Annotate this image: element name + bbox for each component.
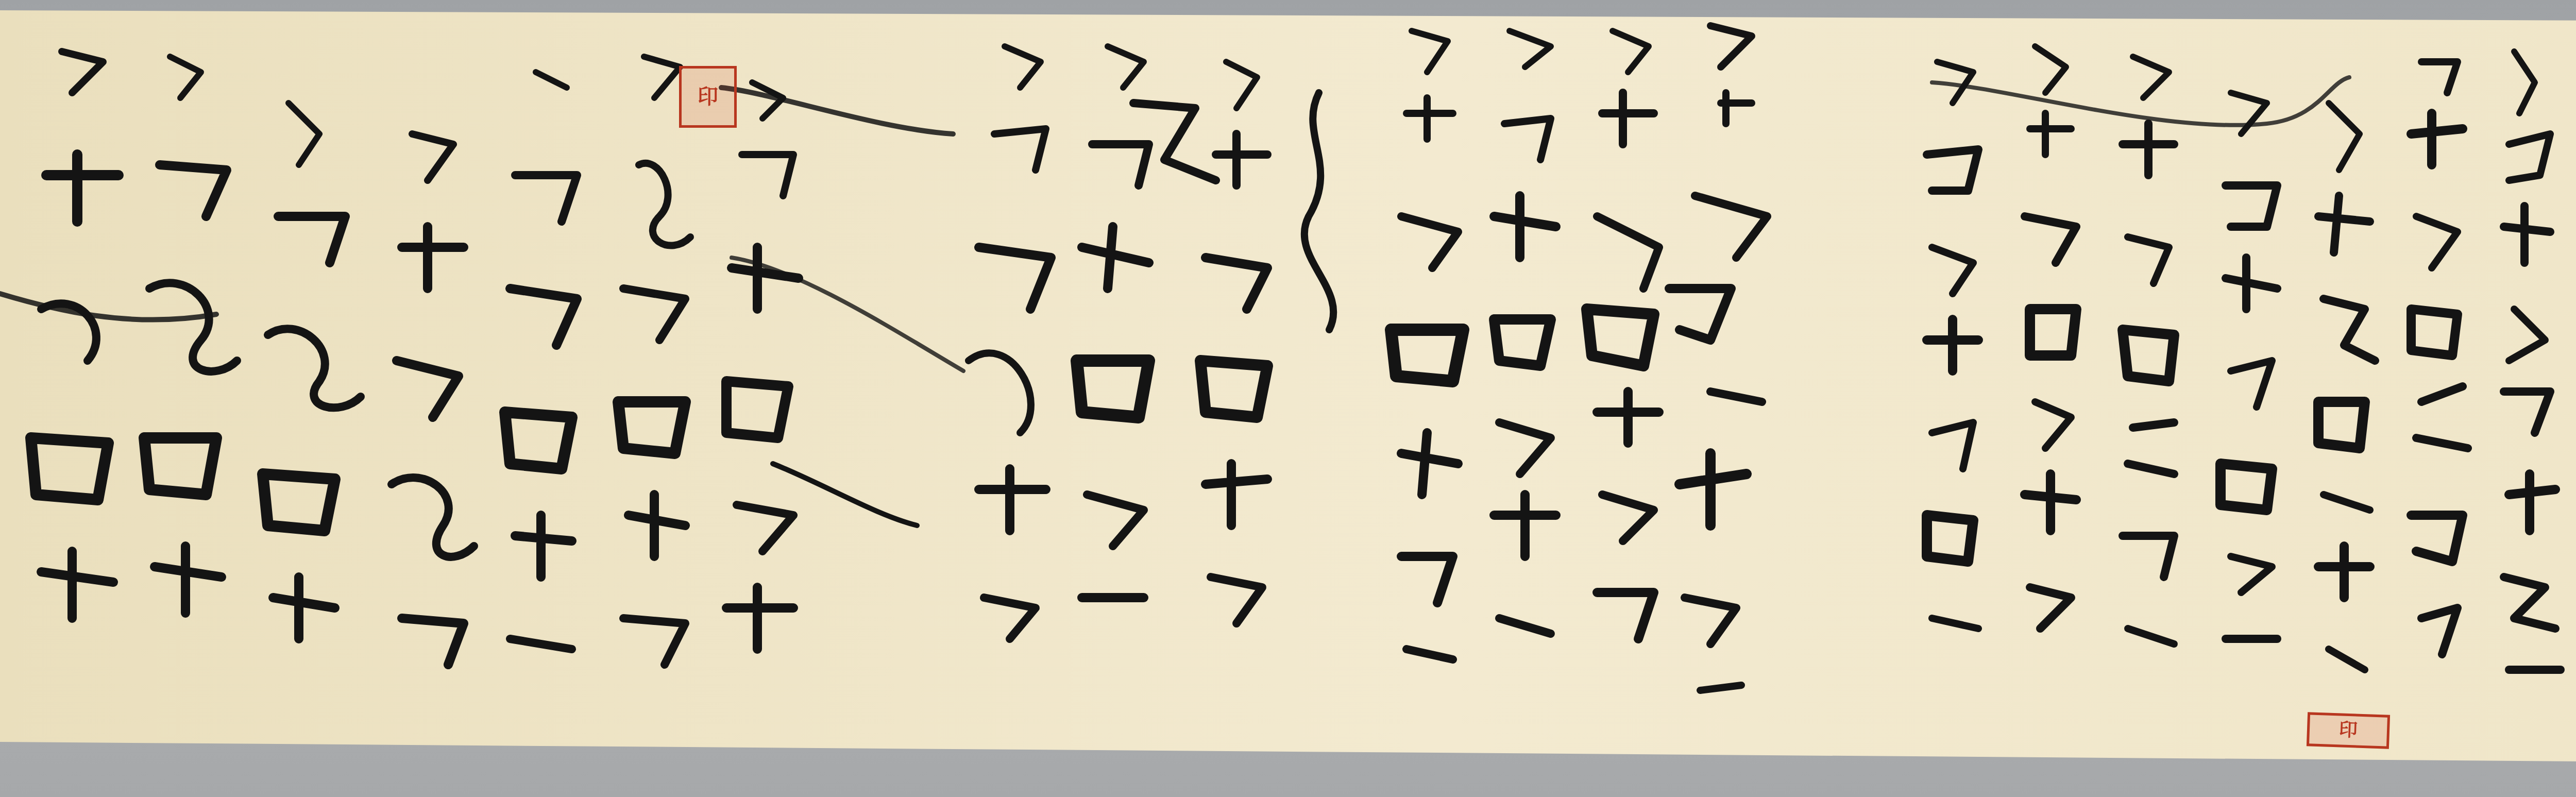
scroll-artwork	[0, 0, 2576, 797]
seal-stamp-upper: 印	[679, 66, 737, 128]
calligraphy-scroll: 印 印	[0, 0, 2576, 797]
seal-stamp-lower: 印	[2307, 712, 2390, 749]
